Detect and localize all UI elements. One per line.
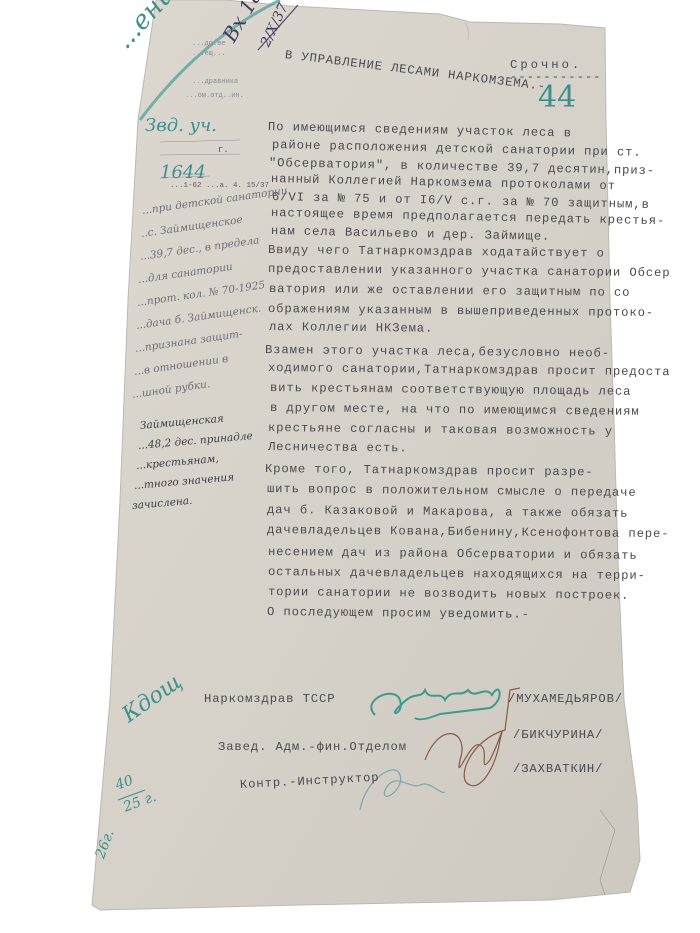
signatory-name-1: /МУХАМЕДЬЯРОВ/ (508, 692, 623, 706)
signatory-title-2: Завед. Адм.-фин.Отделом (218, 740, 407, 754)
body-line: О последующем просим уведомить.- (267, 605, 530, 622)
margin-note-teal: Звд. уч. (145, 115, 217, 136)
letterhead-line: ...до.ве (192, 40, 226, 48)
page-number-handwritten: 44 (538, 80, 576, 115)
document-page: ...ения Вх 1838 2/X/37 ...до.ве ...ещ...… (0, 0, 700, 933)
signatory-name-2: /БИКЧУРИНА/ (513, 728, 603, 742)
outgoing-number: 1644 (160, 162, 206, 183)
letterhead-line: ...дравника (192, 78, 238, 86)
letterhead-line: ...ом.отд..ин. (185, 92, 244, 100)
signatory-title-1: Наркомздрав ТССР (204, 692, 335, 706)
body-line: Лесничества есть. (268, 440, 408, 455)
letterhead-line: ...ещ... (192, 50, 226, 58)
signatory-name-3: /ЗАХВАТКИН/ (513, 762, 603, 776)
body-line: лах Коллегии НКЗема. (269, 320, 433, 336)
year-suffix: г. (218, 145, 229, 155)
